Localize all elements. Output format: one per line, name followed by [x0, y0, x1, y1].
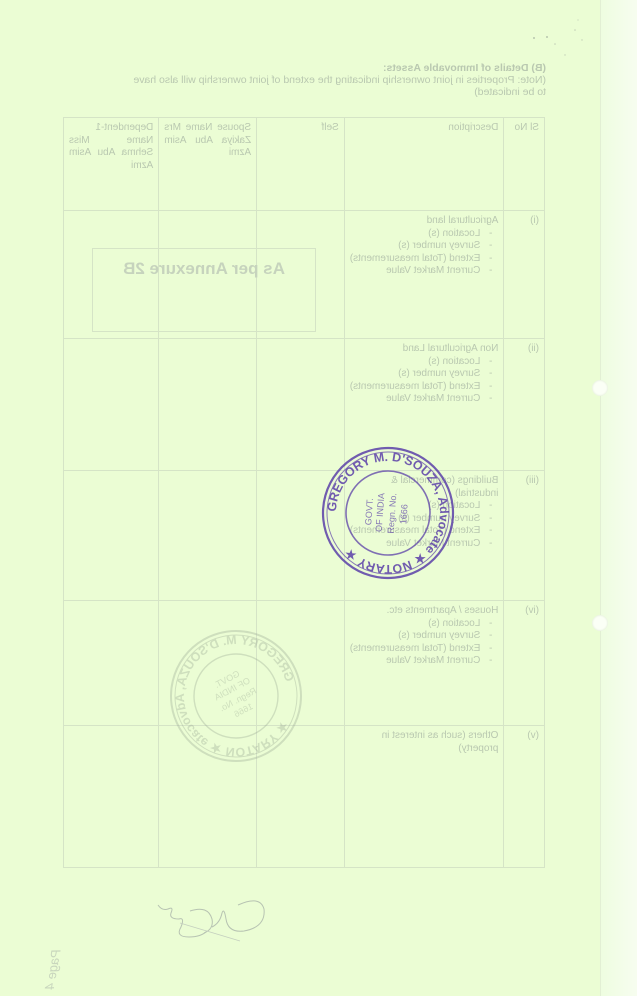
cell-dependent — [64, 339, 159, 471]
row-sl: (iii) — [504, 471, 545, 601]
row-item: Current Market Value — [350, 393, 481, 406]
table-row: (ii) Non Agricultural Land Location (s) … — [64, 339, 545, 471]
row-item: Survey number (s) — [350, 368, 481, 381]
section-heading: (B) Details of Immovable Assets: (Note: … — [126, 62, 546, 98]
header-description: Description — [344, 118, 504, 211]
header-dependent: Dependent-1 Name Miss Sehma Abu Asim Azm… — [64, 118, 159, 211]
row-item: Survey number (s) — [350, 630, 481, 643]
row-item: Current Market Value — [350, 265, 481, 278]
heading-note: (Note: Properties in joint ownership ind… — [126, 74, 546, 98]
stamp-inner-line1: GOVT. — [363, 498, 375, 526]
row-item: Location (s) — [350, 618, 481, 631]
signature — [150, 893, 280, 943]
cell-dependent — [64, 601, 159, 726]
table-header-row: Sl No Description Self Spouse Name Mrs Z… — [64, 118, 545, 211]
row-title: Agricultural land — [350, 215, 499, 228]
header-self: Self — [257, 118, 345, 211]
header-spouse: Spouse Name Mrs Zakiya Abu Asim Azmi — [159, 118, 257, 211]
table-row: (iii) Buildings (commercial & industrial… — [64, 471, 545, 601]
row-description: Houses / Apartments etc. Location (s) Su… — [344, 601, 504, 726]
cell-spouse — [159, 339, 257, 471]
notary-stamp: GREGORY M. D'SOUZA, Advocate ★ NOTARY ★ … — [313, 438, 462, 587]
row-title: Non Agricultural Land — [350, 343, 499, 356]
row-sl: (i) — [504, 211, 545, 339]
stamp-inner-line4: 1666 — [398, 504, 409, 525]
row-item: Extend (Total measurements) — [350, 643, 481, 656]
cell-dependent — [64, 726, 159, 868]
annexure-note: As per Annexure 2B — [92, 248, 316, 332]
row-item: Current Market Value — [350, 655, 481, 668]
header-sl-no: Sl No — [504, 118, 545, 211]
row-item: Survey number (s) — [350, 240, 481, 253]
row-description: Agricultural land Location (s) Survey nu… — [344, 211, 504, 339]
stamp-inner-line3: Regn. No. — [386, 493, 399, 534]
row-description: Others (such as interest in property) — [344, 726, 504, 868]
row-item: Extend (Total measurements) — [350, 253, 481, 266]
row-item: Location (s) — [350, 356, 481, 369]
row-sl: (v) — [504, 726, 545, 868]
stamp-inner-line2: OF INDIA — [374, 493, 387, 533]
row-title: Others (such as interest in property) — [350, 730, 499, 755]
row-item: Location (s) — [350, 228, 481, 241]
immovable-assets-table: Sl No Description Self Spouse Name Mrs Z… — [63, 117, 545, 868]
row-title: Houses / Apartments etc. — [350, 605, 499, 618]
heading-title: (B) Details of Immovable Assets: — [383, 62, 546, 74]
row-item: Extend (Total measurements) — [350, 381, 481, 394]
notary-stamp-ghost: GREGORY M. D'SOUZA, Advocate ★ NOTARY ★ … — [159, 619, 313, 773]
row-sl: (iv) — [504, 601, 545, 726]
cell-spouse — [159, 471, 257, 601]
row-sl: (ii) — [504, 339, 545, 471]
mirrored-reverse-content: (B) Details of Immovable Assets: (Note: … — [8, 0, 608, 996]
cell-dependent — [64, 471, 159, 601]
